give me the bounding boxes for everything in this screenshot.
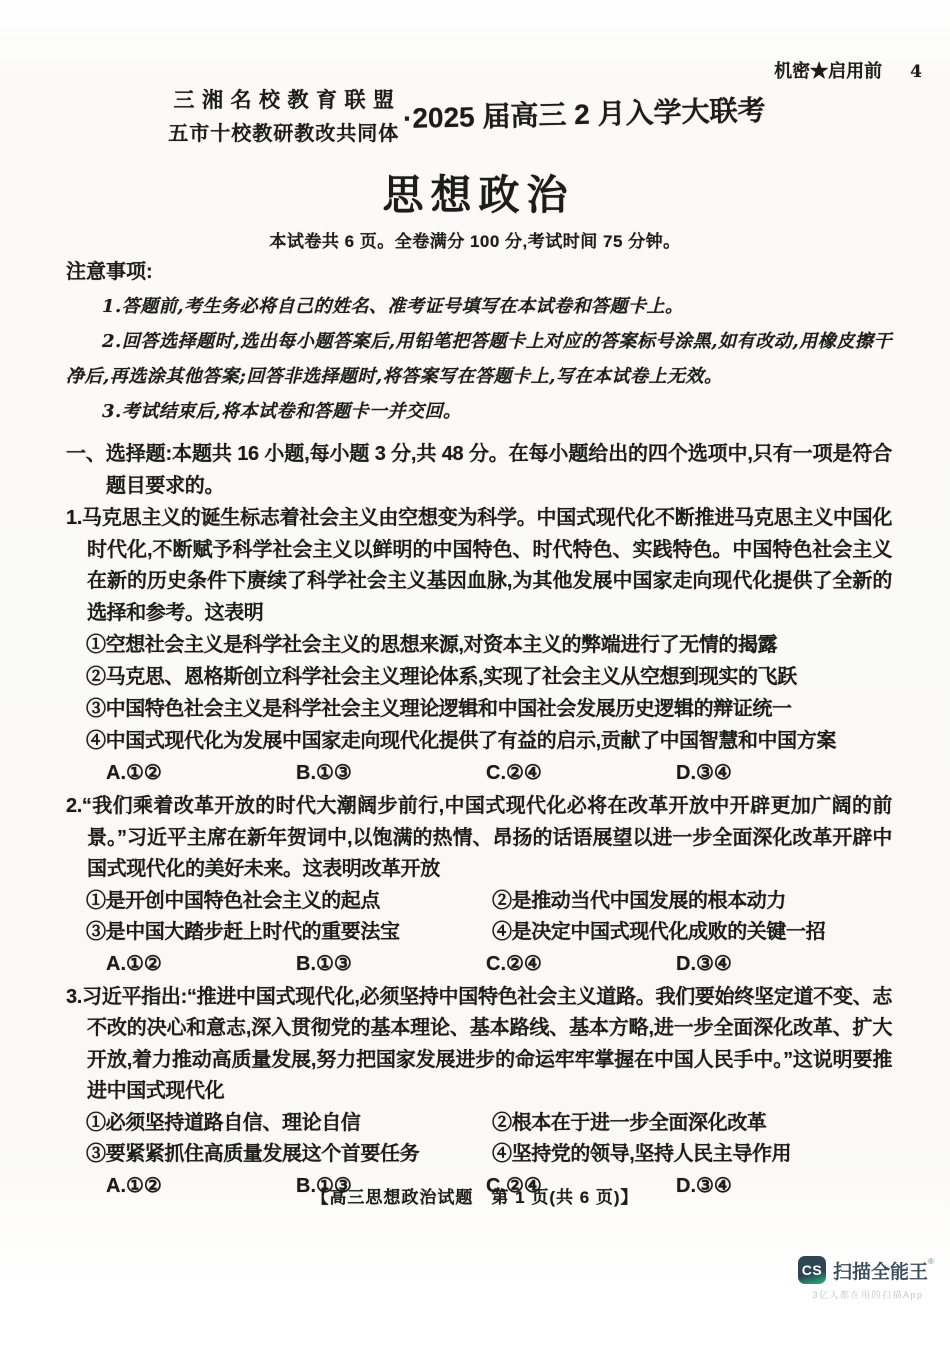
question-1-options: ①空想社会主义是科学社会主义的思想来源,对资本主义的弊端进行了无情的揭露 ②马克… — [86, 629, 892, 757]
camscanner-watermark: CS 扫描全能王® 3亿人都在用的扫描App — [798, 1256, 938, 1301]
question-1-stem: 1.马克思主义的诞生标志着社会主义由空想变为科学。中国式现代化不断推进马克思主义… — [66, 503, 892, 629]
subject-title: 思想政治 — [0, 162, 950, 221]
question-1-number: 1. — [66, 507, 82, 529]
page-footer: 【高三思想政治试题 第 1 页(共 6 页)】 — [0, 1183, 950, 1208]
question-3-number: 3. — [66, 986, 82, 1008]
exam-paper-page: 机密★启用前 4 三湘名校教育联盟 五市十校教研教改共同体 ·2025 届高三 … — [0, 0, 950, 1345]
option-3: ③要紧紧抓住高质量发展这个首要任务 — [86, 1139, 484, 1170]
question-2-text: “我们乘着改革开放的时代大潮阔步前行,中国式现代化必将在改革开放中开辟更加广阔的… — [82, 795, 892, 880]
section-one-heading: 一、选择题:本题共 16 小题,每小题 3 分,共 48 分。在每小题给出的四个… — [66, 438, 892, 502]
option-1: ①是开创中国特色社会主义的起点 — [86, 886, 484, 917]
question-2-stem: 2.“我们乘着改革开放的时代大潮阔步前行,中国式现代化必将在改革开放中开辟更加广… — [66, 791, 892, 886]
camscanner-brand-text: 扫描全能王 — [833, 1262, 928, 1283]
question-2: 2.“我们乘着改革开放的时代大潮阔步前行,中国式现代化必将在改革开放中开辟更加广… — [66, 791, 892, 979]
option-1: ①空想社会主义是科学社会主义的思想来源,对资本主义的弊端进行了无情的揭露 — [86, 629, 892, 661]
organizer-block: 三湘名校教育联盟 五市十校教研教改共同体 — [168, 84, 399, 150]
exam-info-line: 本试卷共 6 页。全卷满分 100 分,考试时间 75 分钟。 — [0, 227, 950, 252]
question-3-options: ①必须坚持道路自信、理论自信 ②根本在于进一步全面深化改革 ③要紧紧抓住高质量发… — [86, 1108, 892, 1170]
option-2: ②马克思、恩格斯创立科学社会主义理论体系,实现了社会主义从空想到现实的飞跃 — [86, 661, 892, 693]
notice-item-3: 3.考试结束后,将本试卷和答题卡一并交回。 — [66, 394, 892, 429]
page-code: 4 — [910, 62, 922, 82]
camscanner-tagline: 3亿人都在用的扫描App — [798, 1288, 938, 1301]
camscanner-row: CS 扫描全能王® — [798, 1256, 938, 1284]
choice-c: C.②④ — [486, 949, 676, 979]
choice-a: A.①② — [106, 949, 296, 979]
camscanner-cs-icon: CS — [798, 1256, 826, 1284]
notice-item-2: 2.回答选择题时,选出每小题答案后,用铅笔把答题卡上对应的答案标号涂黑,如有改动… — [66, 324, 892, 394]
organizer-line1: 三湘名校教育联盟 — [168, 84, 407, 118]
choice-d: D.③④ — [676, 758, 866, 788]
question-3-stem: 3.习近平指出:“推进中国式现代化,必须坚持中国特色社会主义道路。我们要始终坚定… — [66, 982, 892, 1108]
exam-session-title: ·2025 届高三 2 月入学大联考 — [403, 89, 766, 137]
question-3: 3.习近平指出:“推进中国式现代化,必须坚持中国特色社会主义道路。我们要始终坚定… — [66, 982, 892, 1201]
paper-header: 三湘名校教育联盟 五市十校教研教改共同体 ·2025 届高三 2 月入学大联考 … — [0, 84, 950, 252]
question-3-text: 习近平指出:“推进中国式现代化,必须坚持中国特色社会主义道路。我们要始终坚定道不… — [82, 986, 892, 1103]
question-1: 1.马克思主义的诞生标志着社会主义由空想变为科学。中国式现代化不断推进马克思主义… — [66, 503, 892, 788]
classification-row: 机密★启用前 4 — [774, 57, 922, 83]
choice-c: C.②④ — [486, 758, 676, 788]
registered-mark: ® — [928, 1257, 934, 1266]
question-1-choices: A.①② B.①③ C.②④ D.③④ — [66, 758, 892, 788]
choice-d: D.③④ — [676, 949, 866, 979]
question-2-choices: A.①② B.①③ C.②④ D.③④ — [66, 949, 892, 979]
choice-a: A.①② — [106, 758, 296, 788]
option-1: ①必须坚持道路自信、理论自信 — [86, 1108, 484, 1139]
option-4: ④坚持党的领导,坚持人民主导作用 — [492, 1139, 892, 1170]
question-2-number: 2. — [66, 795, 82, 817]
notice-title: 注意事项: — [66, 256, 892, 289]
question-1-text: 马克思主义的诞生标志着社会主义由空想变为科学。中国式现代化不断推进马克思主义中国… — [82, 507, 892, 624]
option-2: ②根本在于进一步全面深化改革 — [492, 1108, 892, 1139]
choice-b: B.①③ — [296, 949, 486, 979]
choice-b: B.①③ — [296, 758, 486, 788]
option-2: ②是推动当代中国发展的根本动力 — [492, 886, 892, 917]
notice-item-1: 1.答题前,考生务必将自己的姓名、准考证号填写在本试卷和答题卡上。 — [66, 289, 892, 324]
option-4: ④中国式现代化为发展中国家走向现代化提供了有益的启示,贡献了中国智慧和中国方案 — [86, 725, 892, 757]
content-column: 注意事项: 1.答题前,考生务必将自己的姓名、准考证号填写在本试卷和答题卡上。 … — [66, 256, 892, 1204]
option-3: ③中国特色社会主义是科学社会主义理论逻辑和中国社会发展历史逻辑的辩证统一 — [86, 693, 892, 725]
option-4: ④是决定中国式现代化成败的关键一招 — [492, 917, 892, 948]
confidential-label: 机密★启用前 — [774, 57, 882, 83]
header-row: 三湘名校教育联盟 五市十校教研教改共同体 ·2025 届高三 2 月入学大联考 — [0, 84, 942, 150]
organizer-line2: 五市十校教研教改共同体 — [168, 118, 399, 150]
camscanner-brand: 扫描全能王® — [833, 1257, 934, 1284]
option-3: ③是中国大踏步赶上时代的重要法宝 — [86, 917, 484, 948]
question-2-options: ①是开创中国特色社会主义的起点 ②是推动当代中国发展的根本动力 ③是中国大踏步赶… — [86, 886, 892, 948]
